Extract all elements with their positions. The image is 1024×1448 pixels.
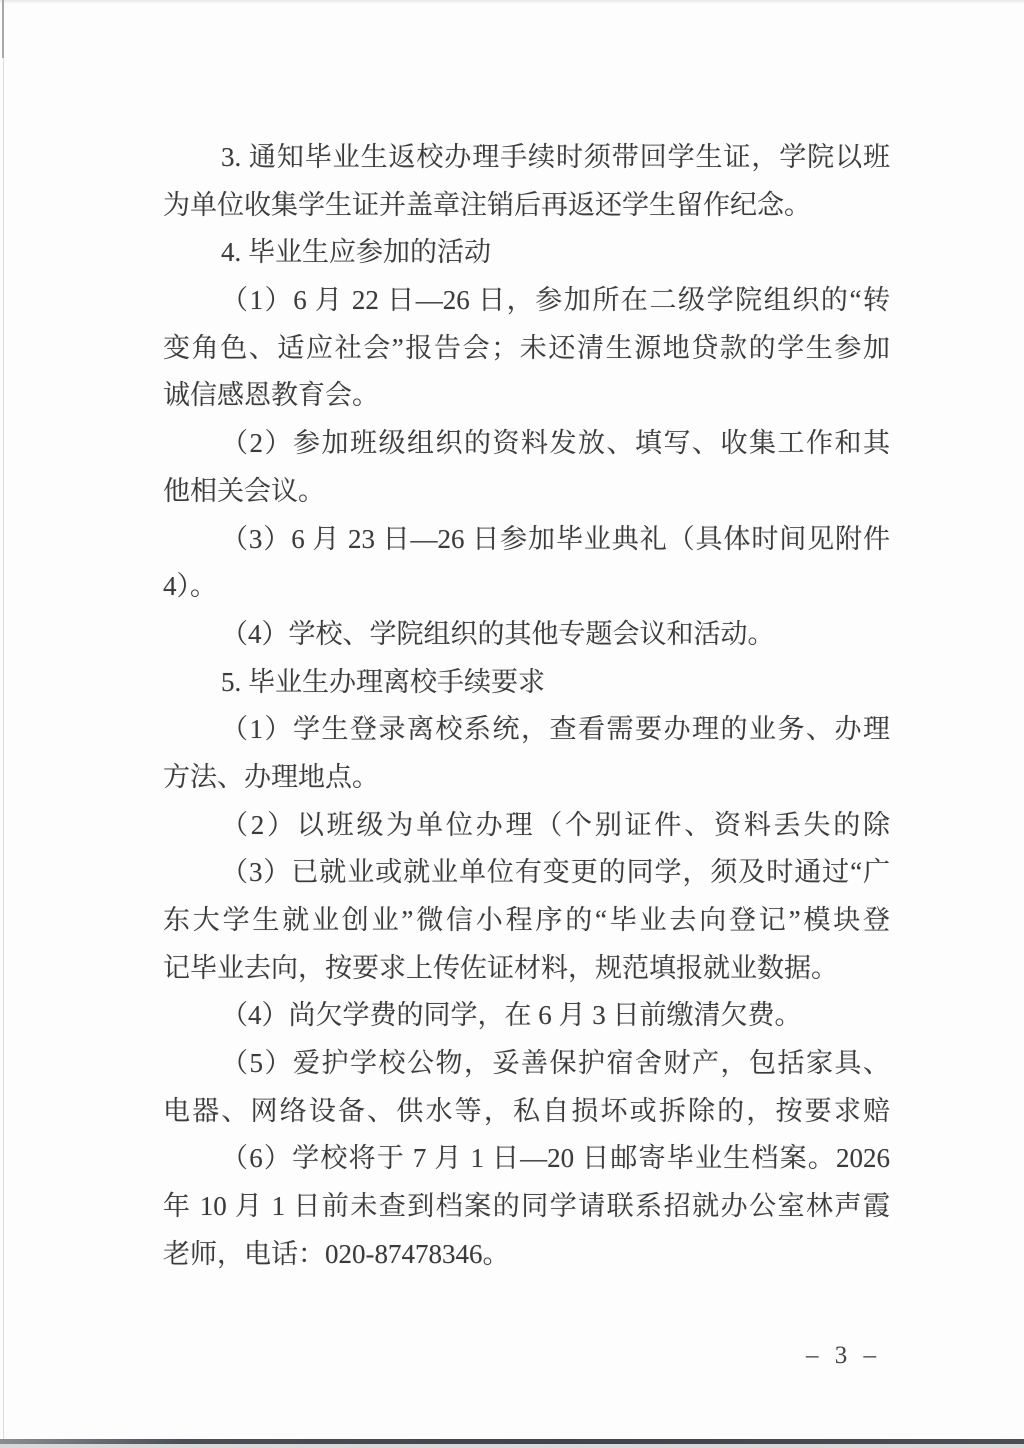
text-line: 为单位收集学生证并盖章注销后再返还学生留作纪念。: [163, 182, 890, 230]
text-line: 3. 通知毕业生返校办理手续时须带回学生证，学院以班: [163, 134, 890, 182]
scan-top-edge: [0, 0, 1024, 3]
text-line: （6）学校将于 7 月 1 日—20 日邮寄毕业生档案。2026: [163, 1135, 890, 1183]
text-line: （4）尚欠学费的同学，在 6 月 3 日前缴清欠费。: [163, 992, 890, 1040]
text-line: 年 10 月 1 日前未查到档案的同学请联系招就办公室林声霞: [163, 1183, 890, 1231]
scan-bottom-edge: [0, 1439, 1024, 1444]
document-body: 3. 通知毕业生返校办理手续时须带回学生证，学院以班 为单位收集学生证并盖章注销…: [163, 134, 890, 1279]
text-line: 电器、网络设备、供水等，私自损坏或拆除的，按要求赔偿。: [163, 1088, 890, 1136]
text-line: 4）。: [163, 563, 890, 611]
text-line: 他相关会议。: [163, 468, 890, 516]
text-line: 4. 毕业生应参加的活动: [163, 229, 890, 277]
text-line: （1）学生登录离校系统，查看需要办理的业务、办理: [163, 706, 890, 754]
text-line: 老师，电话：020-87478346。: [163, 1231, 890, 1279]
text-line: 变角色、适应社会”报告会；未还清生源地贷款的学生参加: [163, 325, 890, 373]
text-line: （3）6 月 23 日—26 日参加毕业典礼（具体时间见附件: [163, 516, 890, 564]
text-line: 记毕业去向，按要求上传佐证材料，规范填报就业数据。: [163, 945, 890, 993]
text-line: 方法、办理地点。: [163, 754, 890, 802]
text-line: 5. 毕业生办理离校手续要求: [163, 659, 890, 707]
text-line: （2）以班级为单位办理（个别证件、资料丢失的除外）。: [163, 802, 890, 850]
text-line: （1）6 月 22 日—26 日，参加所在二级学院组织的“转: [163, 277, 890, 325]
text-line: （4）学校、学院组织的其他专题会议和活动。: [163, 611, 890, 659]
scan-left-edge-dark-mark: [2, 0, 4, 58]
scan-left-edge: [3, 0, 4, 1448]
text-line: 诚信感恩教育会。: [163, 372, 890, 420]
scanned-document-page: 3. 通知毕业生返校办理手续时须带回学生证，学院以班 为单位收集学生证并盖章注销…: [0, 0, 1024, 1448]
text-line: 东大学生就业创业”微信小程序的“毕业去向登记”模块登: [163, 897, 890, 945]
scan-bottom-edge-light: [0, 1444, 1024, 1448]
text-line: （3）已就业或就业单位有变更的同学，须及时通过“广: [163, 849, 890, 897]
page-number: – 3 –: [806, 1342, 896, 1370]
text-line: （5）爱护学校公物，妥善保护宿舍财产，包括家具、: [163, 1040, 890, 1088]
text-line: （2）参加班级组织的资料发放、填写、收集工作和其: [163, 420, 890, 468]
